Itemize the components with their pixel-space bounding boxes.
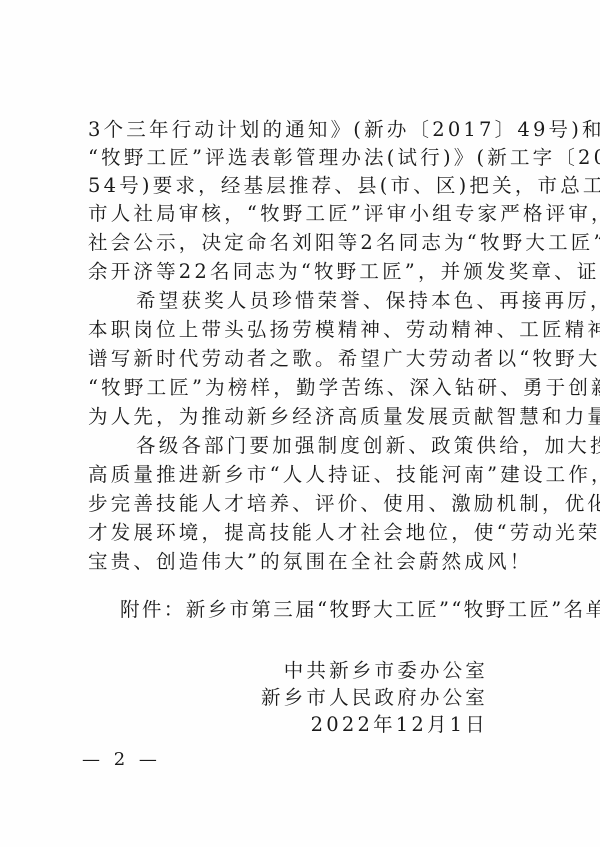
paragraph-start-line: 希望获奖人员珍惜荣誉、保持本色、再接再厉，继续在 [88, 289, 524, 313]
document-page: 3个三年行动计划的通知》(新办〔2017〕49号)和《新乡市 “牧野工匠”评选表… [0, 0, 600, 847]
body-line: 宝贵、创造伟大”的氛围在全社会蔚然成风！ [88, 550, 524, 574]
body-line: 谱写新时代劳动者之歌。希望广大劳动者以“牧野大工匠” [88, 347, 524, 371]
page-number: — 2 — [82, 748, 161, 772]
body-line: 3个三年行动计划的通知》(新办〔2017〕49号)和《新乡市 [88, 118, 524, 142]
body-line: 社会公示，决定命名刘阳等2名同志为“牧野大工匠”，命名 [88, 231, 524, 255]
body-line: 54号)要求，经基层推荐、县(市、区)把关，市总工会和 [88, 174, 524, 198]
issuer-party-office: 中共新乡市委办公室 [284, 659, 488, 683]
body-line: 高质量推进新乡市“人人持证、技能河南”建设工作，进一 [88, 463, 524, 487]
issue-date: 2022年12月1日 [311, 713, 488, 737]
body-line: 才发展环境，提高技能人才社会地位，使“劳动光荣、技能 [88, 521, 524, 545]
body-line: 市人社局审核，“牧野工匠”评审小组专家严格评审，并通过 [88, 202, 524, 226]
body-line: 步完善技能人才培养、评价、使用、激励机制，优化技能人 [88, 492, 524, 516]
body-line: 为人先，为推动新乡经济高质量发展贡献智慧和力量。 [88, 405, 524, 429]
body-line: 本职岗位上带头弘扬劳模精神、劳动精神、工匠精神，奋力 [88, 318, 524, 342]
issuer-government-office: 新乡市人民政府办公室 [261, 686, 488, 710]
body-line: “牧野工匠”评选表彰管理办法(试行)》(新工字〔2018〕 [88, 146, 524, 170]
body-line: 余开济等22名同志为“牧野工匠”，并颁发奖章、证书及奖金。 [88, 260, 524, 284]
body-line: “牧野工匠”为榜样，勤学苦练、深入钻研、勇于创新、敢 [88, 376, 524, 400]
attachment-note: 附件：新乡市第三届“牧野大工匠”“牧野工匠”名单 [120, 598, 600, 622]
paragraph-start-line: 各级各部门要加强制度创新、政策供给，加大投入力度， [88, 434, 524, 458]
